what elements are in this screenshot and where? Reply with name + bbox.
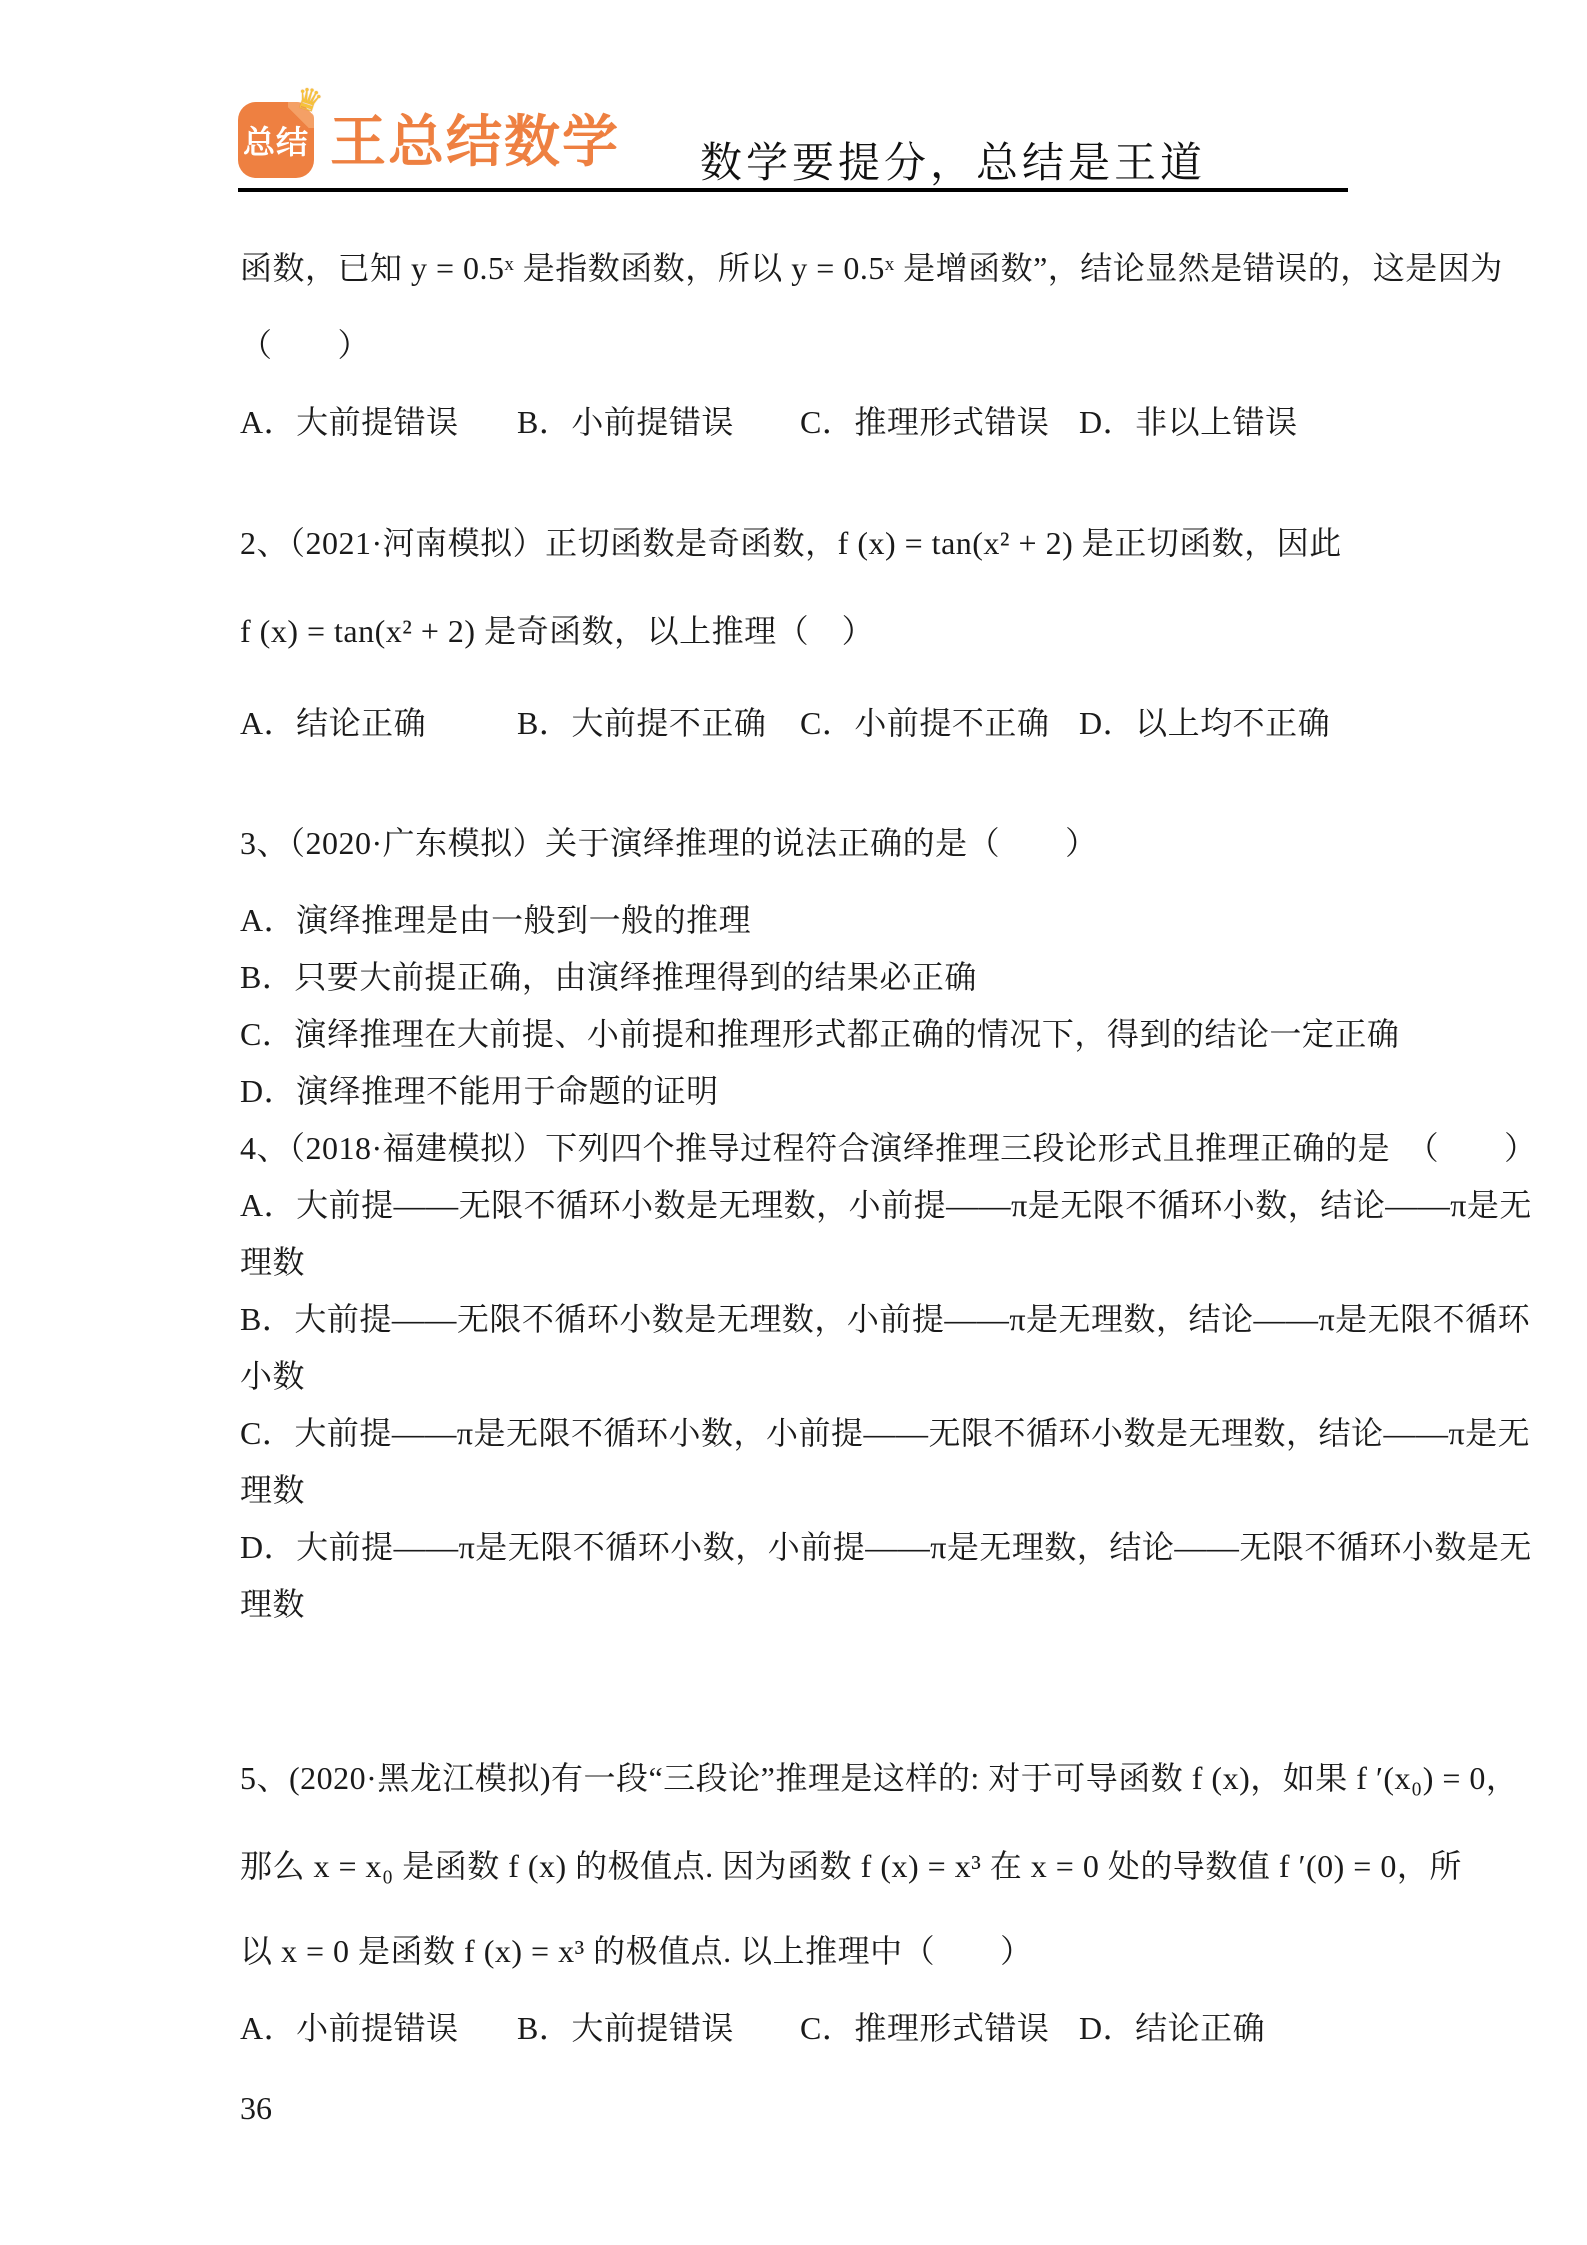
q4-stem: 4、（2018·福建模拟）下列四个推导过程符合演绎推理三段论形式且推理正确的是 … bbox=[240, 1125, 1350, 1171]
q4-option-a-line-2: 理数 bbox=[240, 1239, 1350, 1285]
logo-icon-text: 总结 bbox=[238, 117, 314, 163]
q5-option-a: A．小前提错误 bbox=[240, 2005, 517, 2051]
q5-option-d: D．结论正确 bbox=[1079, 2005, 1350, 2051]
question-content: 函数，已知 y = 0.5ˣ 是指数函数，所以 y = 0.5ˣ 是增函数”，结… bbox=[240, 245, 1350, 2095]
q4-option-b-line-1: B．大前提——无限不循环小数是无理数，小前提——π是无理数，结论——π是无限不循… bbox=[240, 1296, 1350, 1342]
header-slogan: 数学要提分，总结是王道 bbox=[700, 138, 1206, 190]
q4-option-d-line-1: D．大前提——π是无限不循环小数，小前提——π是无理数，结论——无限不循环小数是… bbox=[240, 1524, 1350, 1570]
q3-option-b: B．只要大前提正确，由演绎推理得到的结果必正确 bbox=[240, 954, 1350, 1000]
q2-option-a: A．结论正确 bbox=[240, 700, 517, 746]
document-page: ♛ 总结 王总结数学 数学要提分，总结是王道 函数，已知 y = 0.5ˣ 是指… bbox=[0, 0, 1587, 2245]
q3-option-a: A．演绎推理是由一般到一般的推理 bbox=[240, 897, 1350, 943]
q3-option-c: C．演绎推理在大前提、小前提和推理形式都正确的情况下，得到的结论一定正确 bbox=[240, 1011, 1350, 1057]
q5-stem-line-3: 以 x = 0 是函数 f (x) = x³ 的极值点. 以上推理中（ ） bbox=[240, 1928, 1350, 1974]
q1-option-b: B．小前提错误 bbox=[517, 399, 800, 445]
q4-option-d-line-2: 理数 bbox=[240, 1581, 1350, 1627]
q4-option-b-line-2: 小数 bbox=[240, 1353, 1350, 1399]
q2-option-d: D．以上均不正确 bbox=[1079, 700, 1350, 746]
q1-option-d: D．非以上错误 bbox=[1079, 399, 1350, 445]
q5-option-c: C．推理形式错误 bbox=[800, 2005, 1079, 2051]
q2-stem-line-1: 2、（2021·河南模拟）正切函数是奇函数，f (x) = tan(x² + 2… bbox=[240, 520, 1350, 566]
q5-options-row: A．小前提错误 B．大前提错误 C．推理形式错误 D．结论正确 bbox=[240, 2005, 1350, 2051]
q3-option-d: D．演绎推理不能用于命题的证明 bbox=[240, 1068, 1350, 1114]
q4-option-a-line-1: A．大前提——无限不循环小数是无理数，小前提——π是无限不循环小数，结论——π是… bbox=[240, 1182, 1350, 1228]
q1-answer-blank: （ ） bbox=[240, 322, 1350, 368]
page-number: 36 bbox=[240, 2088, 272, 2128]
header-divider bbox=[238, 188, 1348, 192]
q4-option-c-line-2: 理数 bbox=[240, 1467, 1350, 1513]
brand-name: 王总结数学 bbox=[330, 108, 620, 178]
q2-options-row: A．结论正确 B．大前提不正确 C．小前提不正确 D．以上均不正确 bbox=[240, 700, 1350, 746]
q3-stem: 3、（2020·广东模拟）关于演绎推理的说法正确的是（ ） bbox=[240, 820, 1350, 866]
q4-option-c-line-1: C．大前提——π是无限不循环小数，小前提——无限不循环小数是无理数，结论——π是… bbox=[240, 1410, 1350, 1456]
q1-continuation-line: 函数，已知 y = 0.5ˣ 是指数函数，所以 y = 0.5ˣ 是增函数”，结… bbox=[240, 245, 1350, 291]
q1-options-row: A．大前提错误 B．小前提错误 C．推理形式错误 D．非以上错误 bbox=[240, 399, 1350, 445]
q1-option-c: C．推理形式错误 bbox=[800, 399, 1079, 445]
q1-option-a: A．大前提错误 bbox=[240, 399, 517, 445]
logo-app-icon: ♛ 总结 bbox=[238, 102, 314, 178]
q5-option-b: B．大前提错误 bbox=[517, 2005, 800, 2051]
crown-icon: ♛ bbox=[291, 83, 326, 120]
q2-option-c: C．小前提不正确 bbox=[800, 700, 1079, 746]
q5-stem-line-1: 5、(2020·黑龙江模拟)有一段“三段论”推理是这样的: 对于可导函数 f (… bbox=[240, 1755, 1350, 1801]
q2-stem-line-2: f (x) = tan(x² + 2) 是奇函数，以上推理（ ） bbox=[240, 608, 1350, 654]
q5-stem-line-2: 那么 x = x₀ 是函数 f (x) 的极值点. 因为函数 f (x) = x… bbox=[240, 1843, 1350, 1889]
q2-option-b: B．大前提不正确 bbox=[517, 700, 800, 746]
